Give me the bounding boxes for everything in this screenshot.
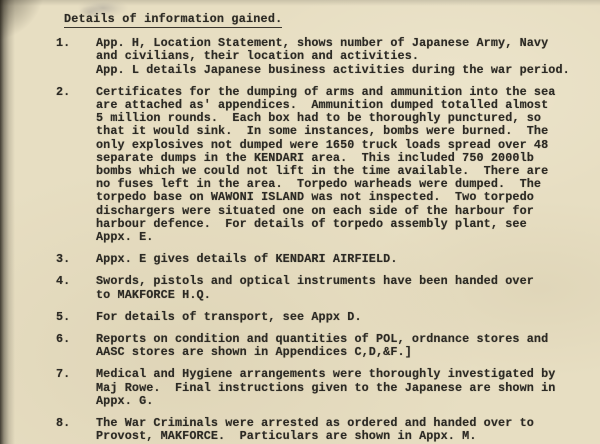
item-text: The War Criminals were arrested as order… bbox=[96, 417, 582, 443]
item-number: 4. bbox=[56, 275, 96, 288]
item-text: Appx. E gives details of KENDARI AIRFIEL… bbox=[96, 253, 582, 266]
item-text: Certificates for the dumping of arms and… bbox=[96, 86, 582, 244]
item-number: 7. bbox=[56, 368, 96, 381]
list-item: 7.Medical and Hygiene arrangements were … bbox=[56, 368, 582, 408]
item-text: App. H, Location Statement, shows number… bbox=[96, 37, 582, 77]
numbered-list: 1.App. H, Location Statement, shows numb… bbox=[0, 37, 582, 443]
list-item: 6.Reports on condition and quantities of… bbox=[56, 333, 582, 359]
document-page: Details of information gained. 1.App. H,… bbox=[0, 0, 600, 444]
document-title: Details of information gained. bbox=[64, 13, 282, 28]
list-item: 8.The War Criminals were arrested as ord… bbox=[56, 417, 582, 443]
list-item: 5.For details of transport, see Appx D. bbox=[56, 311, 582, 324]
document-content: Details of information gained. 1.App. H,… bbox=[0, 0, 600, 444]
item-number: 8. bbox=[56, 417, 96, 430]
list-item: 3.Appx. E gives details of KENDARI AIRFI… bbox=[56, 253, 582, 266]
item-text: Reports on condition and quantities of P… bbox=[96, 333, 582, 359]
list-item: 4.Swords, pistols and optical instrument… bbox=[56, 275, 582, 301]
item-number: 3. bbox=[56, 253, 96, 266]
item-number: 2. bbox=[56, 86, 96, 99]
item-number: 6. bbox=[56, 333, 96, 346]
item-text: Medical and Hygiene arrangements were th… bbox=[96, 368, 582, 408]
list-item: 2.Certificates for the dumping of arms a… bbox=[56, 86, 582, 244]
item-text: For details of transport, see Appx D. bbox=[96, 311, 582, 324]
item-number: 1. bbox=[56, 37, 96, 50]
item-number: 5. bbox=[56, 311, 96, 324]
item-text: Swords, pistols and optical instruments … bbox=[96, 275, 582, 301]
list-item: 1.App. H, Location Statement, shows numb… bbox=[56, 37, 582, 77]
